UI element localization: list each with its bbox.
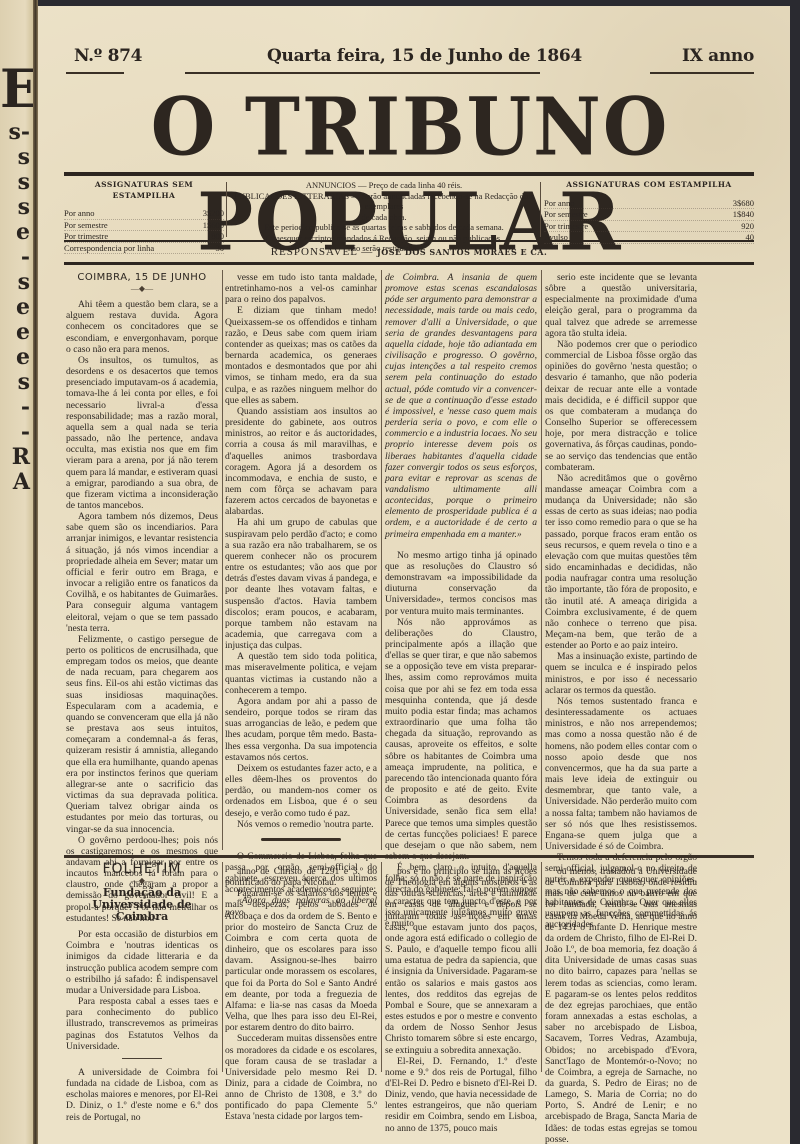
paragraph: Quando assistiam aos insultos ao preside…	[225, 406, 377, 518]
rate-row: Por semestre1$840	[544, 209, 754, 221]
previous-page-glyph: -	[0, 245, 30, 270]
rate-row: Por trimestre920	[544, 221, 754, 233]
paragraph: Não podemos crer que o periodico commerc…	[545, 339, 697, 473]
ornament: —◆—	[66, 877, 218, 885]
folhetim-column-1: FOLHETIM —◆— Fundação da Universidade de…	[66, 862, 218, 1132]
responsible-editor: RESPONSAVEL — JOSÉ DOS SANTOS MORAES E C…	[64, 246, 754, 258]
info-divider	[226, 182, 227, 237]
paragraph: Pagaram-se os salarios dos lentes e mais…	[225, 888, 377, 1033]
masthead-title: O TRIBUNO POPULAR	[60, 80, 760, 172]
header-rule	[66, 72, 124, 74]
paragraph: Nós vemos o remedio 'noutra parte.	[225, 819, 377, 830]
ornament-rule	[261, 838, 341, 841]
rate-label: Por anno	[544, 198, 574, 209]
subscription-info: ASSIGNATURAS SEM ESTAMPILHA Por anno3$20…	[64, 180, 754, 238]
previous-page-glyph: e	[0, 345, 30, 370]
previous-page-glyph: s	[0, 270, 30, 295]
previous-page-glyph: -	[0, 395, 30, 420]
paragraph: Ahi têem a questão bem clara, se a algue…	[66, 299, 218, 355]
previous-page-glyph: e	[0, 295, 30, 320]
rate-value: 3$200	[203, 208, 224, 219]
paragraph: Nós temos sustentado franca e desinteres…	[545, 696, 697, 852]
paragraph: Nós não approvámos as deliberações do Cl…	[385, 617, 537, 862]
responsible-label: RESPONSAVEL —	[271, 246, 374, 258]
folhetim-title: Fundação da Universidade de Coimbra	[66, 887, 218, 923]
rate-row: Por semestre1$600	[64, 220, 224, 232]
masthead-rule	[64, 172, 754, 176]
paragraph: serio este incidente que se levanta sôbr…	[545, 272, 697, 339]
previous-page-glyph: s	[0, 370, 30, 395]
paragraph: A questão tem sido toda politica, mas mi…	[225, 651, 377, 696]
paragraph: E diziam que tinham medo! Queixassem-se …	[225, 305, 377, 405]
rate-label: Por anno	[64, 208, 94, 219]
article-column-3: de Coimbra. A insania de quem promove es…	[385, 272, 537, 852]
previous-page-glyph: R	[0, 445, 30, 470]
info-divider	[540, 182, 541, 237]
paragraph: Agora andam por ahi a passo de sendeiro,…	[225, 696, 377, 763]
section-rule	[64, 262, 754, 265]
article-column-1: COIMBRA, 15 DE JUNHO —◆— Ahi têem a ques…	[66, 270, 218, 850]
previous-page-glyph: A	[0, 470, 30, 495]
issue-number: N.º 874	[74, 46, 142, 66]
rate-value: 920	[741, 221, 754, 232]
rate-value: 1$600	[203, 220, 224, 231]
subscriptions-without-stamp: ASSIGNATURAS SEM ESTAMPILHA Por anno3$20…	[64, 180, 224, 254]
paragraph: Succederam muitas dissensões entre os mo…	[225, 1033, 377, 1122]
previous-page-glyph: s	[0, 195, 30, 220]
previous-page-glyph: s	[0, 170, 30, 195]
article-column-4: serio este incidente que se levanta sôbr…	[545, 272, 697, 852]
paragraph: Ha ahi um grupo de cabulas que suspirava…	[225, 517, 377, 651]
notice-line: ANNUNCIOS — Preço de cada linha 40 réis.	[234, 180, 534, 191]
previous-page-glyph: e	[0, 320, 30, 345]
previous-page-glyph: E	[0, 60, 30, 120]
paragraph: Os insultos, os tumultos, as desordens e…	[66, 355, 218, 511]
paragraph: No mesmo artigo tinha já opinado que as …	[385, 550, 537, 617]
rate-value: 3$680	[733, 198, 754, 209]
folhetim-column-2: anno de Christo de 1291 e 3.º do pontifi…	[225, 866, 377, 1126]
paragraph: vesse em tudo isto tanta maldade, entret…	[225, 272, 377, 305]
notice-line: Este periodico publica-se ás quartas fei…	[234, 222, 534, 233]
folhetim-column-3: pos e no principio se liam as lições de …	[385, 866, 537, 1126]
column-divider	[381, 270, 382, 850]
issue-date: Quarta feira, 15 de Junho de 1864	[267, 46, 582, 66]
previous-page-glyph: -	[0, 420, 30, 445]
info-rule	[64, 240, 754, 242]
ornament: —◆—	[66, 285, 218, 293]
rate-row: Por anno3$680	[544, 198, 754, 210]
article-heading: COIMBRA, 15 DE JUNHO	[66, 272, 218, 283]
subscriptions-without-stamp-heading: ASSIGNATURAS SEM ESTAMPILHA	[64, 180, 224, 201]
folhetim-column-4: ou menos, trasladou a Universidade de Co…	[545, 866, 697, 1126]
column-divider	[541, 862, 542, 1072]
separator-rule	[122, 1058, 162, 1059]
article-column-2: vesse em tudo isto tanta maldade, entret…	[225, 272, 377, 852]
paragraph: Agora tambem nós dizemos, Deus sabe quem…	[66, 511, 218, 634]
previous-page-strip: Es-ssse-seees--RA	[0, 0, 36, 1144]
paragraph: Não acreditâmos que o govêrno mandasse a…	[545, 473, 697, 652]
previous-page-glyph: s	[0, 145, 30, 170]
notice-line: de cada obra.	[234, 212, 534, 223]
column-divider	[222, 270, 223, 850]
quoted-passage: de Coimbra. A insania de quem promove es…	[385, 272, 537, 540]
subscriptions-with-stamp-heading: ASSIGNATURAS COM ESTAMPILHA	[544, 180, 754, 191]
folhetim-rule	[64, 855, 754, 858]
rate-row: Por anno3$200	[64, 208, 224, 220]
header-rule	[650, 72, 754, 74]
paragraph: anno de Christo de 1291 e 3.º do pontifi…	[225, 866, 377, 888]
issue-header: N.º 874 Quarta feira, 15 de Junho de 186…	[60, 46, 760, 70]
rate-label: Por semestre	[544, 209, 588, 220]
rate-label: Por trimestre	[544, 221, 588, 232]
column-divider	[381, 862, 382, 1072]
paragraph: Por esta occasião de disturbios em Coimb…	[66, 929, 218, 996]
paragraph: A universidade de Coimbra foi fundada na…	[66, 1067, 218, 1123]
previous-page-glyph: s-	[0, 120, 30, 145]
paragraph: ou menos, trasladou a Universidade de Co…	[545, 866, 697, 1144]
notice-line: PUBLICAÇÕES LITTERARIAS — Serão annuncia…	[234, 191, 534, 212]
announcements-notice: ANNUNCIOS — Preço de cada linha 40 réis.…	[234, 180, 534, 254]
paragraph: Mas a insinuação existe, partindo de que…	[545, 651, 697, 696]
column-divider	[541, 270, 542, 850]
paragraph: Felizmente, o castigo persegue de perto …	[66, 634, 218, 835]
paragraph: Deixem os estudantes fazer acto, e a ell…	[225, 763, 377, 819]
previous-page-glyphs: Es-ssse-seees--RA	[0, 60, 30, 495]
column-divider	[222, 862, 223, 1072]
rate-label: Por semestre	[64, 220, 108, 231]
paragraph: El-Rei, D. Fernando, 1.º d'este nome e 9…	[385, 1056, 537, 1134]
responsible-name: JOSÉ DOS SANTOS MORAES E CA.	[377, 247, 547, 257]
folhetim-heading: FOLHETIM	[66, 864, 218, 875]
paragraph: Para resposta cabal a esses taes e para …	[66, 996, 218, 1052]
subscriptions-with-stamp: ASSIGNATURAS COM ESTAMPILHA Por anno3$68…	[544, 180, 754, 244]
rate-value: 1$840	[733, 209, 754, 220]
previous-page-glyph: e	[0, 220, 30, 245]
issue-year: IX anno	[682, 46, 754, 66]
paragraph: pos e no principio se liam as lições de …	[385, 866, 537, 1056]
header-rule	[185, 72, 540, 74]
